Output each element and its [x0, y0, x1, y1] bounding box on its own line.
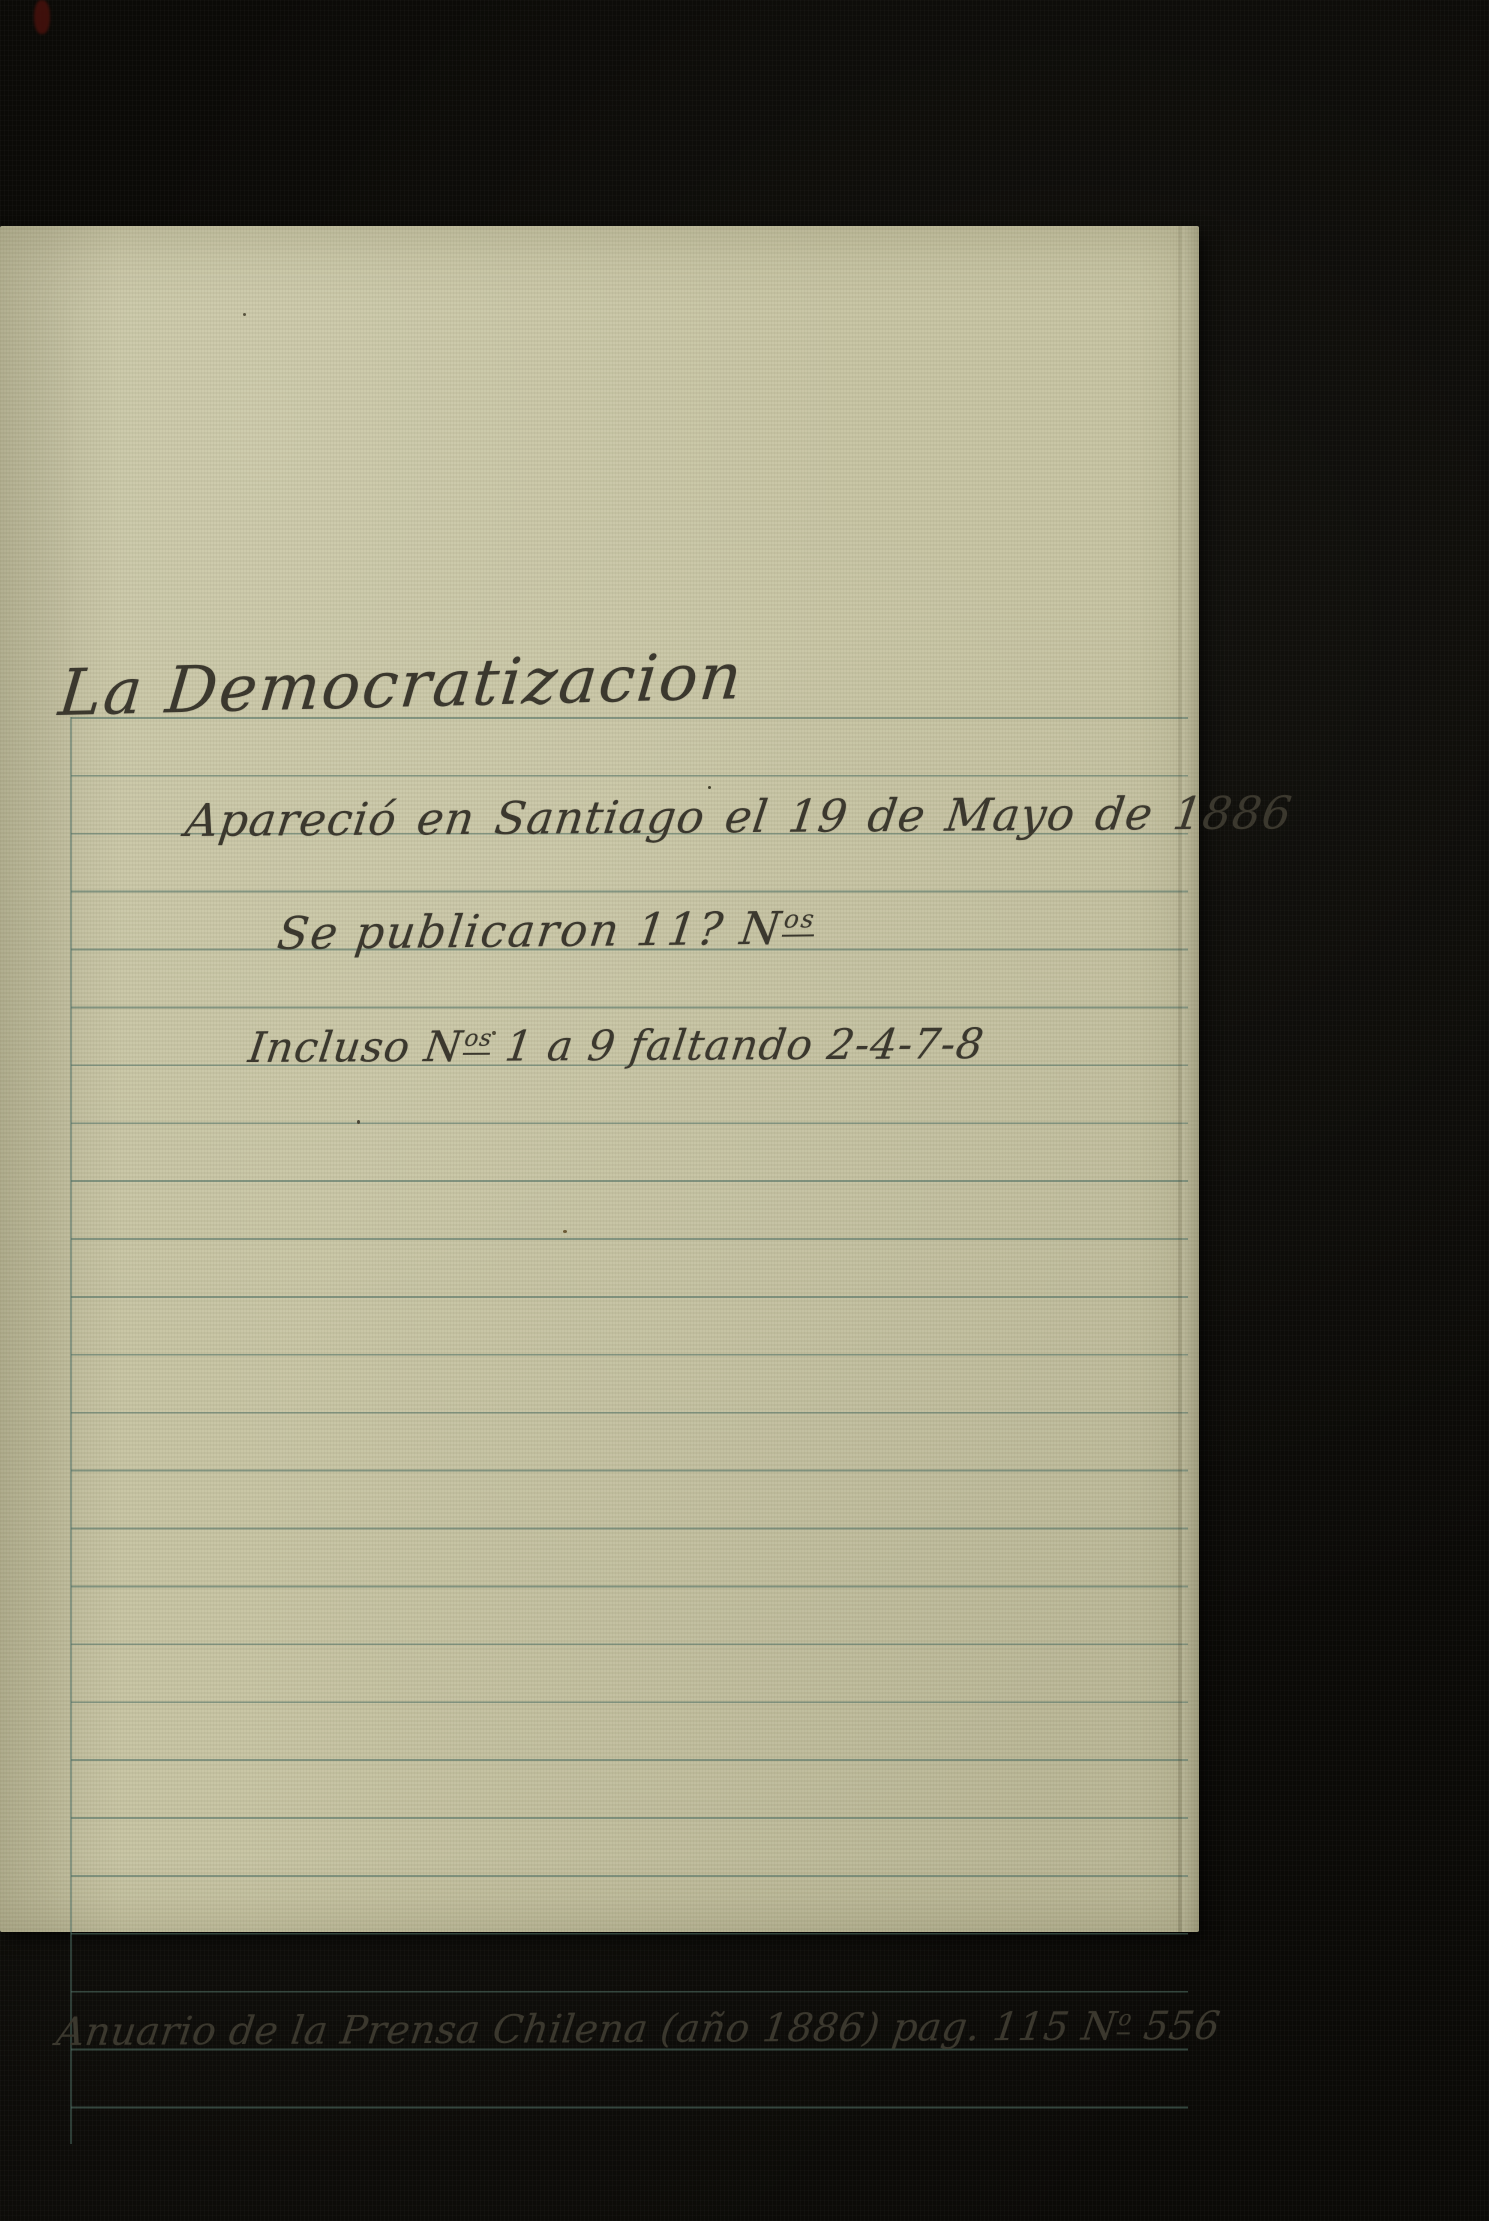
corner-red-mark — [34, 0, 50, 34]
published-text: Se publicaron 11? N — [274, 902, 785, 960]
note-line-published: Se publicaron 11? Nos — [275, 905, 818, 956]
notebook-page: La Democratizacion Apareció en Santiago … — [0, 226, 1199, 1932]
issues-text-tail: 1 a 9 faltando 2-4-7-8 — [488, 1019, 987, 1071]
paper-speck — [708, 786, 711, 789]
published-superscript: os — [782, 904, 818, 936]
paper-right-edge-shading — [1182, 226, 1199, 1932]
note-title: La Democratizacion — [56, 645, 746, 726]
scanned-photo: La Democratizacion Apareció en Santiago … — [0, 0, 1489, 2221]
paper-speck — [563, 1230, 567, 1233]
source-text-tail: 556 — [1128, 2004, 1223, 2049]
left-margin-line — [70, 717, 72, 2144]
issues-text: Incluso N — [246, 1022, 466, 1072]
note-line-source: Anuario de la Prensa Chilena (año 1886) … — [54, 2007, 1222, 2052]
source-text: Anuario de la Prensa Chilena (año 1886) … — [54, 2004, 1120, 2055]
note-line-issues: Incluso Nos 1 a 9 faltando 2-4-7-8 — [246, 1023, 987, 1069]
note-line-appeared: Apareció en Santiago el 19 de Mayo de 18… — [183, 790, 1295, 843]
paper-speck — [243, 313, 246, 316]
paper-speck — [357, 1120, 360, 1124]
